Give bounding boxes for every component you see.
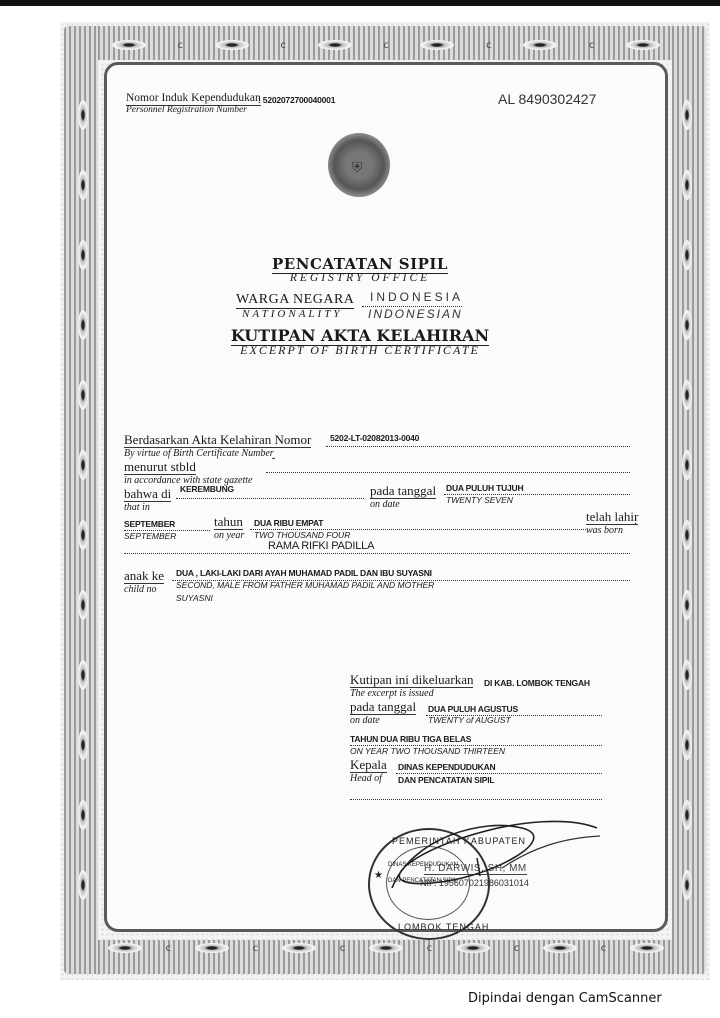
issue-date-value: DUA PULUH AGUSTUS (428, 704, 518, 714)
office-title: PENCATATAN SIPIL (0, 255, 720, 273)
office-title-en: REGISTRY OFFICE (0, 272, 720, 284)
birth-month-value-en: SEPTEMBER (124, 531, 176, 541)
serial-number: AL 8490302427 (498, 91, 596, 107)
birthplace-label: bahwa di (124, 487, 171, 502)
scan-top-edge (0, 0, 720, 6)
child-order-value: DUA , LAKI-LAKI DARI AYAH MUHAMAD PADIL … (176, 568, 432, 578)
birth-month-value: SEPTEMBER (124, 519, 175, 529)
born-label: telah lahir (586, 510, 638, 525)
born-label-en: was born (586, 525, 623, 536)
emblem-shield-icon: ⛨ (352, 160, 363, 176)
stbld-label: menurut stbld (124, 460, 196, 475)
nationality-label: WARGA NEGARA (236, 292, 354, 309)
birth-year-value: DUA RIBU EMPAT (254, 518, 323, 528)
nik-label: Nomor Induk Kependudukan (126, 91, 261, 106)
stbld-value: - (272, 453, 275, 464)
head-of-label-en: Head of (350, 773, 382, 784)
child-order-value-en: SECOND, MALE FROM FATHER MUHAMAD PADIL A… (176, 580, 434, 590)
issued-at-value: DI KAB. LOMBOK TENGAH (484, 678, 590, 688)
issue-date-label-en: on date (350, 715, 380, 726)
cert-number-label: Berdasarkan Akta Kelahiran Nomor (124, 433, 311, 448)
issue-year-value: TAHUN DUA RIBU TIGA BELAS (350, 734, 471, 744)
birthplace-value: KEREMBUNG (180, 484, 234, 494)
child-name: RAMA RIFKI PADILLA (268, 540, 374, 552)
birthdate-label-en: on date (370, 499, 400, 510)
birthdate-label: pada tanggal (370, 484, 436, 499)
head-of-label: Kepala (350, 758, 387, 773)
issue-year-value-en: ON YEAR TWO THOUSAND THIRTEEN (350, 746, 505, 756)
border-ornament-top: c c c c c (96, 34, 676, 56)
birthplace-label-en: that in (124, 502, 150, 513)
birth-year-value-en: TWO THOUSAND FOUR (254, 530, 350, 540)
border-ornament-left (72, 80, 94, 920)
child-order-label: anak ke (124, 569, 164, 584)
issue-date-label: pada tanggal (350, 700, 416, 715)
born-colon: : (634, 513, 637, 528)
head-of-value: DINAS KEPENDUDUKAN (398, 762, 495, 772)
cert-number-label-en: By virtue of Birth Certificate Number (124, 448, 274, 459)
signature-scribble (372, 808, 602, 898)
nik-label-en: Personnel Registration Number (126, 105, 247, 116)
nationality-value: INDONESIA (370, 290, 463, 304)
border-ornament-bottom: c c c c c c (96, 935, 676, 961)
camscanner-watermark: Dipindai dengan CamScanner (468, 991, 662, 1006)
document-title-en: EXCERPT OF BIRTH CERTIFICATE (0, 343, 720, 358)
border-ornament-right (676, 80, 698, 920)
birth-year-label-en: on year (214, 530, 244, 541)
nationality-label-en: NATIONALITY (242, 308, 342, 320)
nik-value: : 5202072700040001 (258, 95, 335, 105)
head-of-value-2: DAN PENCATATAN SIPIL (398, 775, 494, 785)
child-order-label-en: child no (124, 584, 157, 595)
birthdate-value: DUA PULUH TUJUH (446, 483, 523, 493)
issued-at-label: Kutipan ini dikeluarkan (350, 673, 473, 688)
child-order-value-en-2: SUYASNI (176, 593, 213, 603)
cert-number-value: 5202-LT-02082013-0040 (330, 433, 419, 443)
issue-date-value-en: TWENTY of AUGUST (428, 715, 511, 725)
stamp-ring-bottom: LOMBOK TENGAH (398, 922, 489, 932)
nationality-value-en: INDONESIAN (368, 307, 463, 321)
issued-at-label-en: The excerpt is issued (350, 688, 434, 699)
birthdate-value-en: TWENTY SEVEN (446, 495, 513, 505)
birth-year-label: tahun (214, 515, 243, 530)
